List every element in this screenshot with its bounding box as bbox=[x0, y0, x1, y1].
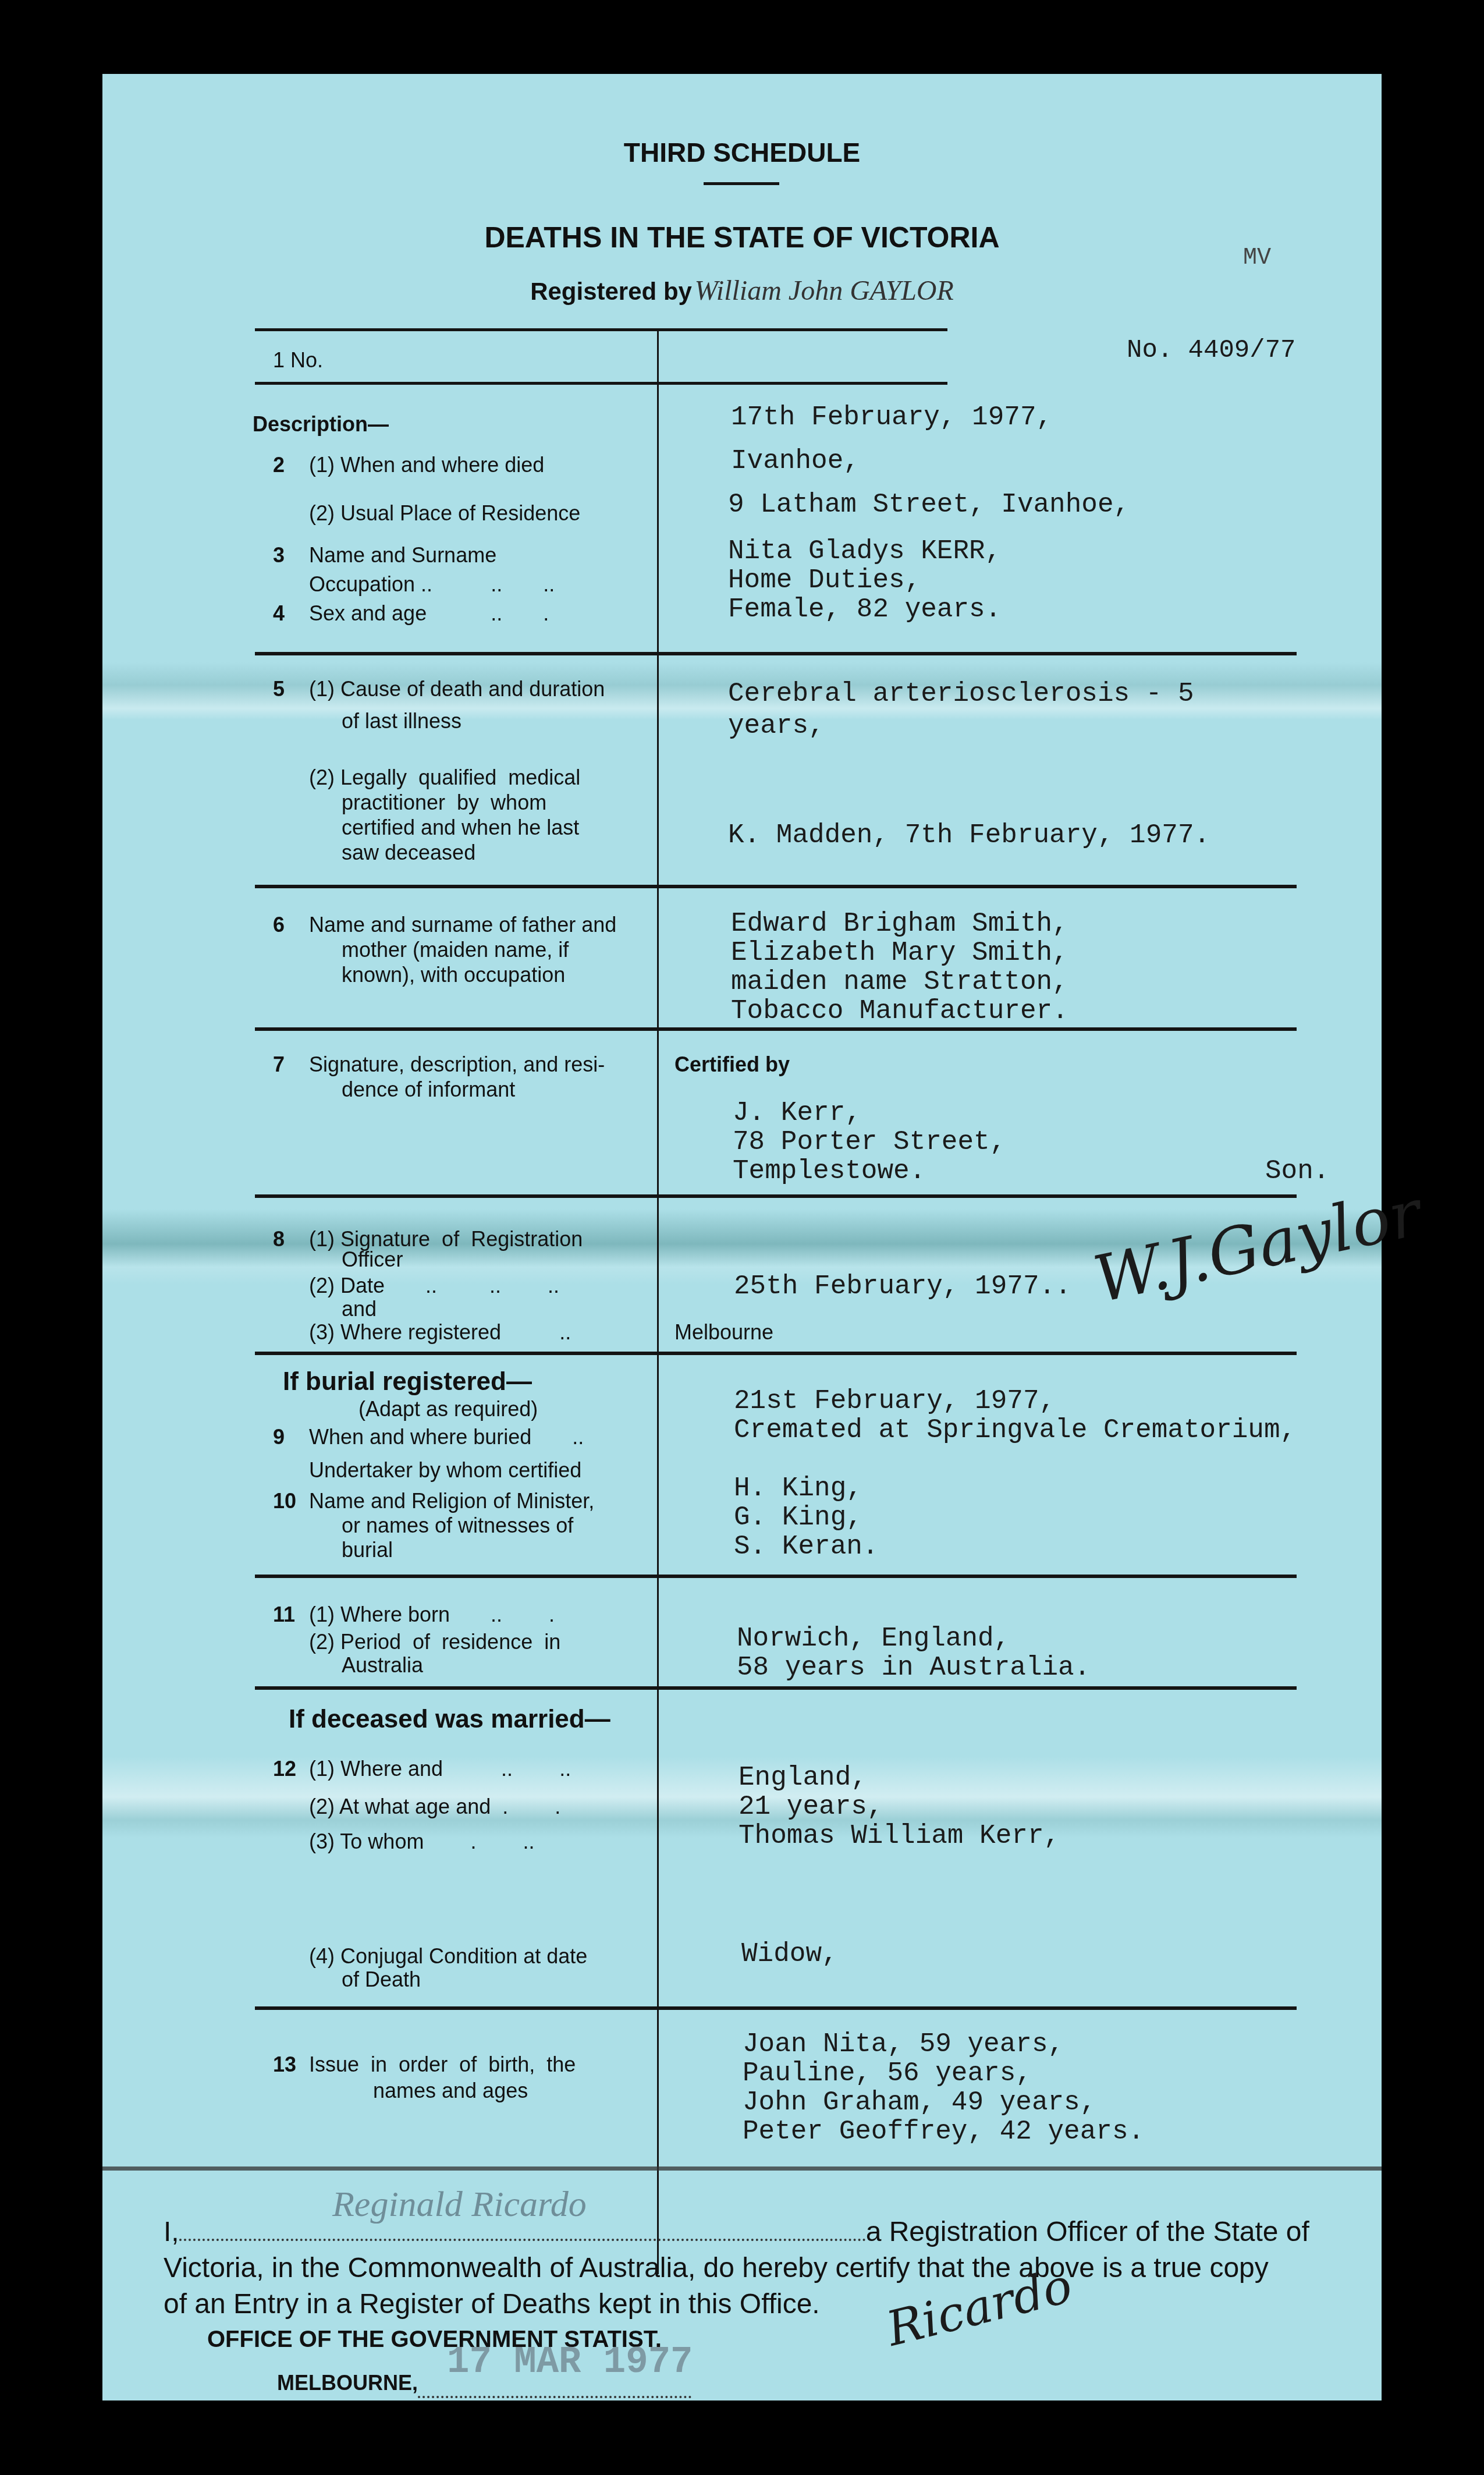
rule bbox=[255, 2006, 1297, 2010]
corner-mark: MV bbox=[1243, 244, 1271, 273]
value-mother-maiden-name: maiden name Stratton, bbox=[731, 967, 1068, 997]
label-marriage-where: 12(1) Where and .. .. bbox=[273, 1756, 571, 1782]
fold-rule bbox=[102, 2166, 1382, 2171]
date-line: 17 MAR 1977 bbox=[418, 2370, 691, 2398]
label-practitioner-cont: practitioner by whom bbox=[273, 790, 546, 815]
label-and: and bbox=[273, 1296, 377, 1322]
label-names-ages: names and ages bbox=[373, 2078, 528, 2104]
value-child-4: Peter Geoffrey, 42 years. bbox=[743, 2117, 1144, 2146]
certification-line-1: I,a Registration Officer of the State of bbox=[164, 2216, 1309, 2249]
label-parents-occupation: known), with occupation bbox=[273, 962, 565, 988]
certification-line-3: of an Entry in a Register of Deaths kept… bbox=[164, 2288, 820, 2321]
certification-line-2: Victoria, in the Commonwealth of Austral… bbox=[164, 2252, 1269, 2285]
label-cause-of-death: 5(1) Cause of death and duration bbox=[273, 676, 605, 702]
value-informant-name: J. Kerr, bbox=[733, 1098, 861, 1127]
value-illness-duration: years, bbox=[728, 711, 825, 740]
label-undertaker: Undertaker by whom certified bbox=[273, 1458, 581, 1483]
value-deceased-name: Nita Gladys KERR, bbox=[728, 537, 1001, 566]
value-registration-date: 25th February, 1977.. bbox=[734, 1272, 1071, 1301]
value-place-of-death: Ivanhoe, bbox=[731, 446, 860, 476]
registered-by-line: Registered by William John GAYLOR bbox=[102, 275, 1382, 307]
value-informant-suburb: Templestowe. bbox=[733, 1157, 925, 1186]
value-spouse-name: Thomas William Kerr, bbox=[739, 1821, 1060, 1850]
value-sex-age: Female, 82 years. bbox=[728, 595, 1001, 624]
value-witness-3: S. Keran. bbox=[734, 1532, 878, 1561]
value-child-2: Pauline, 56 years, bbox=[743, 2059, 1032, 2088]
rule bbox=[255, 382, 947, 385]
rule bbox=[255, 1686, 1297, 1690]
value-mother-name: Elizabeth Mary Smith, bbox=[731, 938, 1068, 967]
label-medical-practitioner: (2) Legally qualified medical bbox=[273, 765, 580, 790]
label-issue: 13Issue in order of birth, the bbox=[273, 2052, 576, 2077]
value-witness-2: G. King, bbox=[734, 1503, 862, 1532]
label-sex-age: 4Sex and age .. . bbox=[273, 601, 549, 626]
label-last-illness: of last illness bbox=[273, 708, 461, 734]
value-burial-place: Cremated at Springvale Crematorium, bbox=[734, 1416, 1296, 1445]
rule bbox=[255, 1194, 1297, 1198]
registered-by-label: Registered by bbox=[530, 278, 692, 305]
value-registration-place: Melbourne bbox=[674, 1320, 773, 1345]
rule bbox=[255, 1575, 1297, 1578]
value-informant-street: 78 Porter Street, bbox=[733, 1127, 1006, 1157]
value-marriage-age: 21 years, bbox=[739, 1792, 883, 1821]
rule bbox=[255, 1027, 1297, 1031]
value-witness-1: H. King, bbox=[734, 1474, 862, 1503]
label-of-death: of Death bbox=[273, 1967, 421, 1992]
rule bbox=[255, 885, 1297, 888]
label-saw-deceased: saw deceased bbox=[273, 840, 475, 866]
entry-no-label: 1 No. bbox=[273, 348, 323, 373]
registrar-name-stamp: William John GAYLOR bbox=[694, 275, 953, 306]
label-burial: burial bbox=[273, 1537, 393, 1563]
death-certificate-page: THIRD SCHEDULE DEATHS IN THE STATE OF VI… bbox=[102, 74, 1382, 2400]
label-residence-period: (2) Period of residence in bbox=[273, 1629, 560, 1655]
value-informant-relationship: Son. bbox=[1265, 1157, 1329, 1186]
value-father-name: Edward Brigham Smith, bbox=[731, 909, 1068, 938]
document-title: DEATHS IN THE STATE OF VICTORIA bbox=[102, 221, 1382, 254]
label-parents-cont: mother (maiden name, if bbox=[273, 937, 569, 963]
description-heading: Description— bbox=[253, 412, 389, 437]
label-when-where-died: 2(1) When and where died bbox=[273, 452, 544, 478]
label-where-registered: (3) Where registered .. bbox=[273, 1320, 571, 1345]
city-label: MELBOURNE,17 MAR 1977 bbox=[277, 2370, 691, 2398]
label-marriage-to-whom: (3) To whom . .. bbox=[273, 1829, 534, 1855]
label-registration-date: (2) Date .. .. .. bbox=[273, 1273, 559, 1299]
label-usual-residence: (2) Usual Place of Residence bbox=[273, 501, 580, 526]
value-burial-date: 21st February, 1977, bbox=[734, 1387, 1055, 1416]
value-birthplace: Norwich, England, bbox=[737, 1624, 1010, 1653]
value-occupation: Home Duties, bbox=[728, 566, 921, 595]
label-marriage-age: (2) At what age and . . bbox=[273, 1794, 560, 1820]
column-divider bbox=[657, 330, 659, 2274]
value-child-1: Joan Nita, 59 years, bbox=[743, 2030, 1064, 2059]
value-date-of-death: 17th February, 1977, bbox=[731, 403, 1052, 432]
burial-heading: If burial registered— bbox=[283, 1369, 532, 1395]
marriage-heading: If deceased was married— bbox=[289, 1707, 610, 1732]
certified-by-label: Certified by bbox=[674, 1052, 790, 1077]
value-conjugal-condition: Widow, bbox=[741, 1939, 838, 1969]
rule bbox=[255, 652, 1297, 655]
value-medical-practitioner: K. Madden, 7th February, 1977. bbox=[728, 821, 1210, 850]
label-informant: 7Signature, description, and resi- bbox=[273, 1052, 605, 1077]
registration-number: No. 4409/77 bbox=[1127, 336, 1295, 365]
label-parents: 6Name and surname of father and bbox=[273, 912, 616, 938]
label-officer: Officer bbox=[273, 1247, 403, 1272]
burial-subheading: (Adapt as required) bbox=[358, 1396, 538, 1422]
rule bbox=[255, 1352, 1297, 1355]
value-usual-residence: 9 Latham Street, Ivanhoe, bbox=[728, 490, 1130, 519]
date-stamp: 17 MAR 1977 bbox=[447, 2348, 693, 2377]
label-witnesses-cont: or names of witnesses of bbox=[273, 1513, 573, 1538]
schedule-heading: THIRD SCHEDULE bbox=[102, 137, 1382, 168]
label-minister-witnesses: 10Name and Religion of Minister, bbox=[273, 1488, 594, 1514]
label-conjugal-condition: (4) Conjugal Condition at date bbox=[273, 1944, 587, 1969]
label-name-surname: 3Name and Surname bbox=[273, 542, 496, 568]
value-years-in-australia: 58 years in Australia. bbox=[737, 1653, 1090, 1682]
label-where-born: 11(1) Where born .. . bbox=[273, 1602, 555, 1627]
label-informant-cont: dence of informant bbox=[273, 1077, 515, 1102]
value-marriage-place: England, bbox=[739, 1763, 867, 1792]
rule bbox=[255, 328, 947, 331]
label-occupation: Occupation .. .. .. bbox=[273, 572, 555, 597]
value-father-occupation: Tobacco Manufacturer. bbox=[731, 997, 1068, 1026]
value-cause-of-death: Cerebral arteriosclerosis - 5 bbox=[728, 679, 1194, 708]
officer-name-line bbox=[179, 2235, 866, 2241]
heading-rule bbox=[704, 182, 779, 185]
label-certified-when: certified and when he last bbox=[273, 815, 579, 841]
label-when-where-buried: 9When and where buried .. bbox=[273, 1424, 584, 1450]
label-australia: Australia bbox=[273, 1653, 423, 1678]
value-child-3: John Graham, 49 years, bbox=[743, 2088, 1096, 2117]
